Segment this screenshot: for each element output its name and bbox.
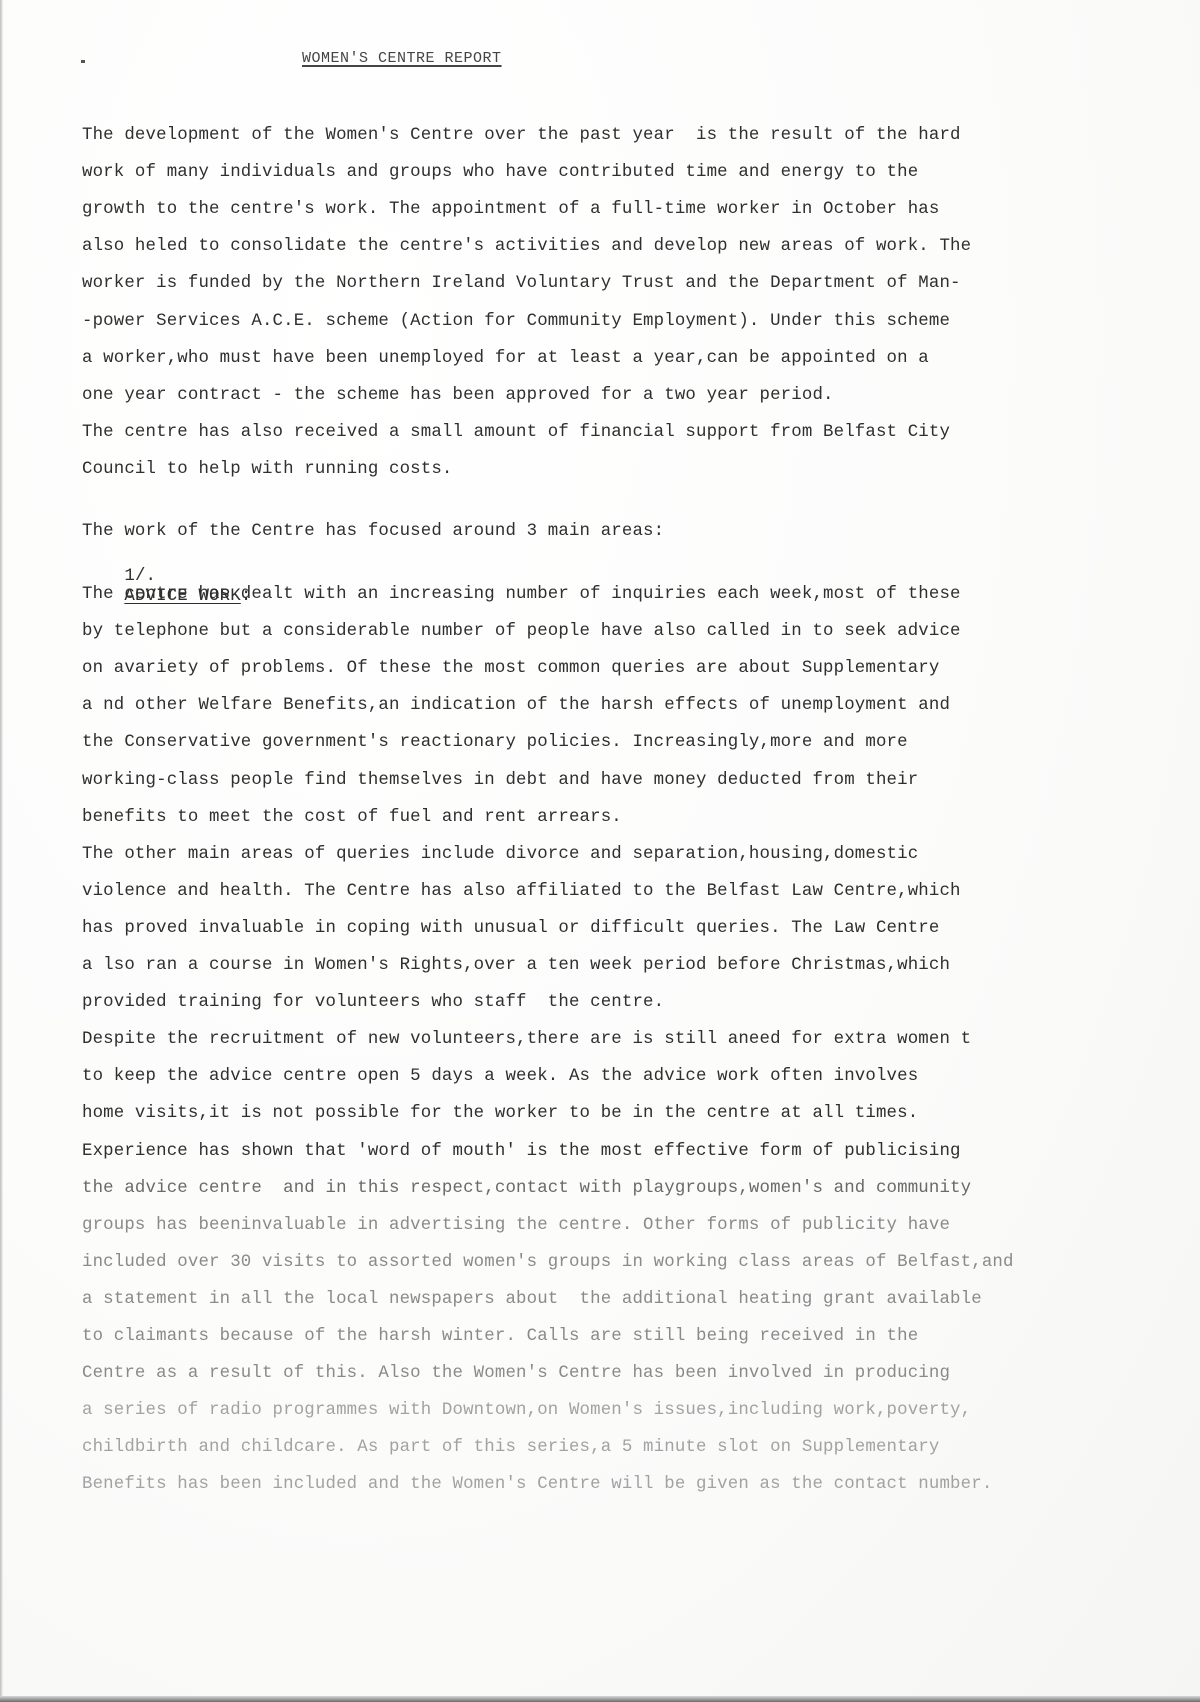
text-line: the advice centre and in this respect,co…	[82, 1179, 971, 1199]
text-line: a nd other Welfare Benefits,an indicatio…	[82, 696, 950, 716]
text-line: the Conservative government's reactionar…	[82, 733, 908, 753]
text-line: also heled to consolidate the centre's a…	[82, 237, 971, 257]
text-line: to keep the advice centre open 5 days a …	[82, 1067, 918, 1087]
text-line: by telephone but a considerable number o…	[82, 622, 961, 642]
text-line: one year contract - the scheme has been …	[82, 386, 834, 406]
text-line: Experience has shown that 'word of mouth…	[82, 1142, 961, 1162]
text-line: violence and health. The Centre has also…	[82, 882, 961, 902]
text-line: work of many individuals and groups who …	[82, 163, 918, 183]
text-line: The other main areas of queries include …	[82, 845, 918, 865]
text-line: to claimants because of the harsh winter…	[82, 1327, 918, 1347]
text-line: Benefits has been included and the Women…	[82, 1475, 992, 1495]
document-title: WOMEN'S CENTRE REPORT	[302, 50, 502, 67]
document-page: WOMEN'S CENTRE REPORT The development of…	[0, 0, 1200, 1702]
text-line: The work of the Centre has focused aroun…	[82, 522, 664, 542]
text-line: Centre as a result of this. Also the Wom…	[82, 1364, 950, 1384]
text-line: has proved invaluable in coping with unu…	[82, 919, 939, 939]
scan-edge-shadow	[0, 0, 3, 1702]
text-line: -power Services A.C.E. scheme (Action fo…	[82, 312, 950, 332]
text-line: The centre has dealt with an increasing …	[82, 585, 961, 605]
text-line: provided training for volunteers who sta…	[82, 993, 664, 1013]
text-line: The centre has also received a small amo…	[82, 423, 950, 443]
text-line: groups has beeninvaluable in advertising…	[82, 1216, 950, 1236]
text-line: worker is funded by the Northern Ireland…	[82, 274, 961, 294]
text-line: benefits to meet the cost of fuel and re…	[82, 808, 622, 828]
text-line: on avariety of problems. Of these the mo…	[82, 659, 939, 679]
text-line: The development of the Women's Centre ov…	[82, 126, 961, 146]
text-line: Despite the recruitment of new volunteer…	[82, 1030, 971, 1050]
scan-bottom-shadow	[0, 1696, 1200, 1702]
section-number: 1/.	[124, 567, 156, 586]
text-line: included over 30 visits to assorted wome…	[82, 1253, 1014, 1273]
text-line: a lso ran a course in Women's Rights,ove…	[82, 956, 950, 976]
text-line: a worker,who must have been unemployed f…	[82, 349, 929, 369]
text-line: Council to help with running costs.	[82, 460, 453, 480]
stray-mark	[81, 60, 85, 63]
text-line: childbirth and childcare. As part of thi…	[82, 1438, 939, 1458]
text-line: a series of radio programmes with Downto…	[82, 1401, 971, 1421]
text-line: home visits,it is not possible for the w…	[82, 1104, 918, 1124]
text-line: working-class people find themselves in …	[82, 771, 918, 791]
text-line: a statement in all the local newspapers …	[82, 1290, 982, 1310]
text-line: growth to the centre's work. The appoint…	[82, 200, 939, 220]
